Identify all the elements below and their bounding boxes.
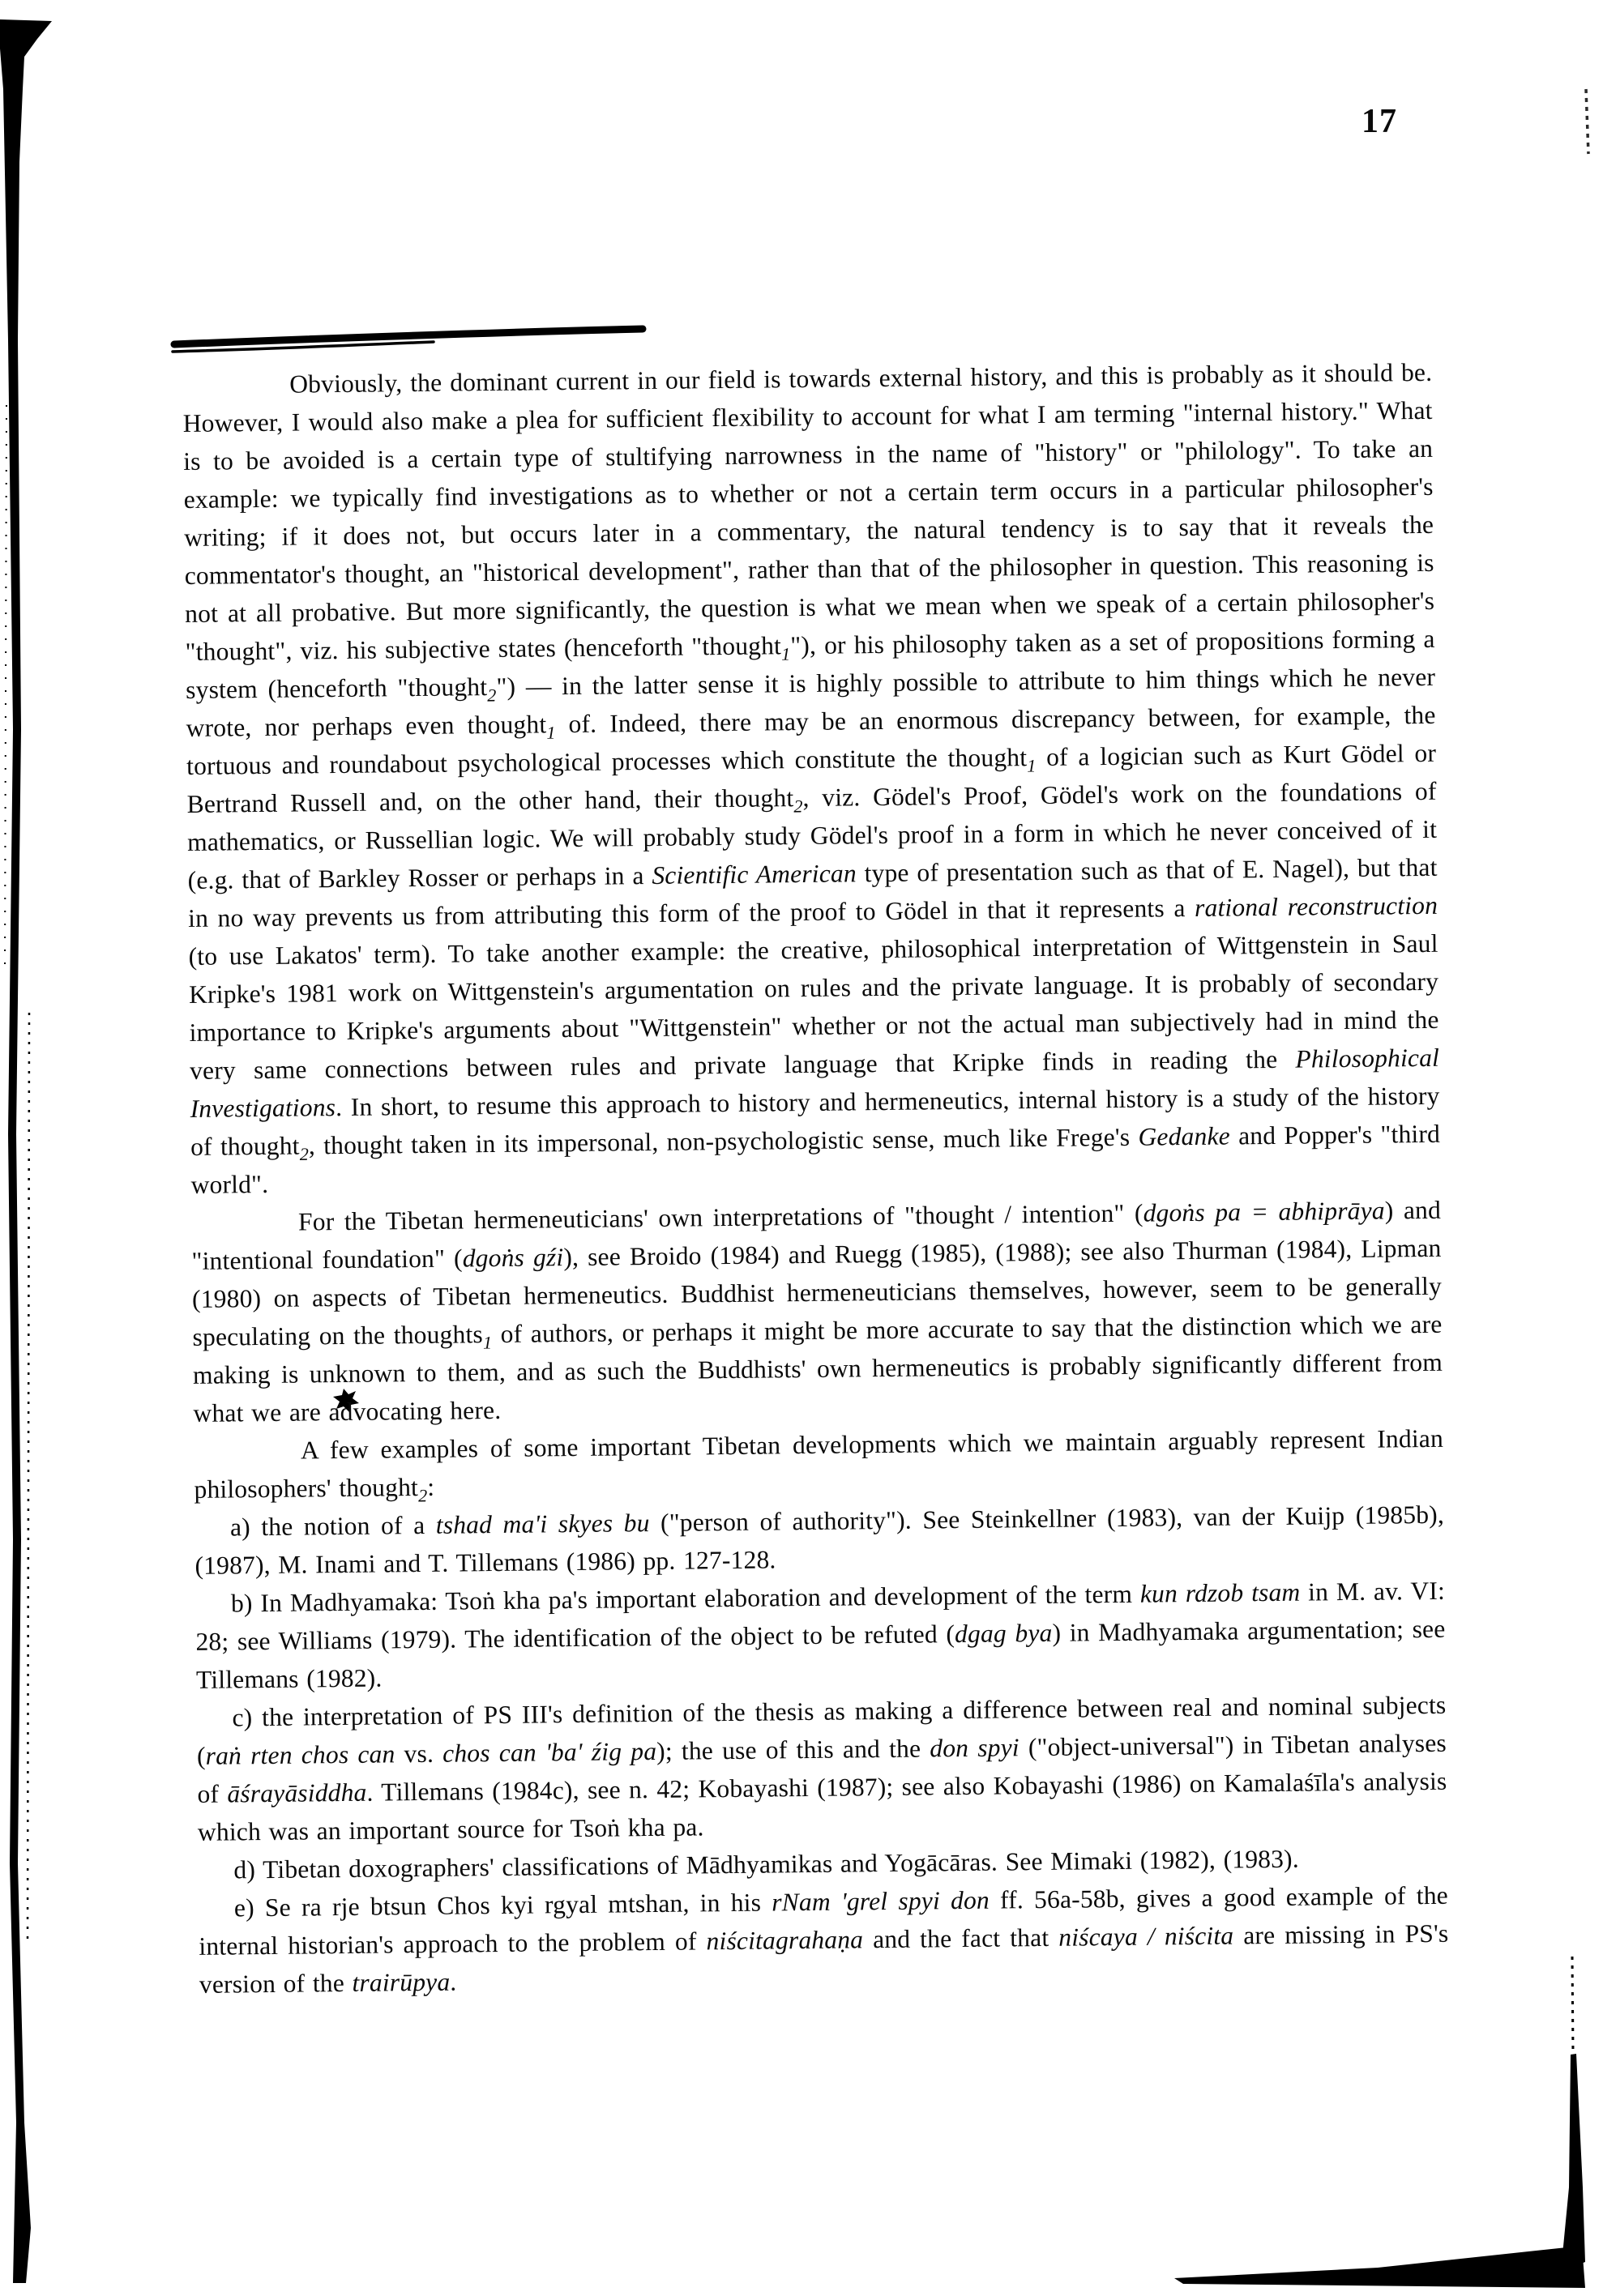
italic-term: raṅ rten chos can [205, 1739, 395, 1769]
italic-term: āśrayāsiddha [227, 1778, 367, 1808]
scan-artifact-right-streak [1561, 2054, 1585, 2272]
item-c: c) the interpretation of PS III's defini… [196, 1686, 1447, 1851]
scan-artifact-bottom-bar [1174, 2246, 1585, 2288]
italic-term: trairūpya [352, 1968, 450, 1997]
subscript-index: 2 [418, 1485, 427, 1505]
text-run: Obviously, the dominant current in our f… [183, 358, 1435, 666]
text-block: Obviously, the dominant current in our f… [182, 353, 1449, 2004]
text-run: and the fact that [863, 1923, 1059, 1954]
italic-term: chos can 'ba' źig pa [442, 1737, 656, 1768]
paragraph-examples-intro: A few examples of some important Tibetan… [194, 1419, 1444, 1509]
paragraph-tibetan-hermeneuticians: For the Tibetan hermeneuticians' own int… [191, 1191, 1443, 1432]
text-run: d) Tibetan doxographers' classifications… [233, 1845, 1299, 1884]
italic-term: rNam 'grel spyi don [772, 1886, 990, 1917]
italic-term: tshad ma'i skyes bu [436, 1509, 650, 1539]
paragraph-internal-history: Obviously, the dominant current in our f… [182, 353, 1441, 1204]
scan-artifact-top-right-smudge [1586, 89, 1588, 154]
italic-term: Gedanke [1138, 1122, 1230, 1151]
text-run: b) In Madhyamaka: Tsoṅ kha pa's importan… [231, 1580, 1140, 1618]
text-run: , thought taken in its impersonal, non-p… [309, 1123, 1139, 1160]
text-run: (to use Lakatos' term). To take another … [188, 929, 1438, 1085]
text-run: . [450, 1968, 456, 1996]
italic-term: niścaya / niścita [1058, 1922, 1233, 1952]
text-run: : [427, 1473, 434, 1501]
subscript-index: 2 [793, 796, 802, 816]
italic-term: dgoṅs gźi [463, 1243, 564, 1272]
subscript-index: 1 [483, 1333, 492, 1353]
subscript-index: 2 [300, 1144, 309, 1164]
scanned-page: { "document": { "page_number": "17", "pa… [0, 0, 1603, 2296]
text-run: . Tillemans (1984c), see n. 42; Kobayash… [198, 1767, 1447, 1846]
text-run: ); the use of this and the [656, 1734, 930, 1765]
italic-term: rational reconstruction [1195, 891, 1438, 922]
italic-term: dgag bya [955, 1619, 1053, 1648]
italic-term: Scientific American [652, 859, 857, 890]
text-run: For the Tibetan hermeneuticians' own int… [298, 1199, 1143, 1236]
subscript-index: 1 [546, 723, 555, 743]
subscript-index: 1 [781, 644, 790, 664]
item-a: a) the notion of a tshad ma'i skyes bu (… [194, 1496, 1445, 1585]
subscript-index: 2 [487, 685, 496, 705]
item-b: b) In Madhyamaka: Tsoṅ kha pa's importan… [195, 1572, 1446, 1699]
subscript-index: 1 [1027, 755, 1036, 775]
hand-drawn-divider-line [166, 318, 685, 367]
italic-term: dgoṅs pa = abhiprāya [1143, 1197, 1385, 1227]
italic-term: don spyi [930, 1733, 1020, 1762]
page-number: 17 [1361, 102, 1397, 141]
item-e: e) Se ra rje btsun Chos kyi rgyal mtshan… [199, 1876, 1449, 2004]
italic-term: niścitagrahaṇa [706, 1925, 863, 1955]
text-run: e) Se ra rje btsun Chos kyi rgyal mtshan… [234, 1888, 772, 1922]
text-run: vs. [395, 1739, 442, 1769]
text-run: a) the notion of a [230, 1511, 436, 1542]
italic-term: kun rdzob tsam [1140, 1578, 1301, 1608]
text-run: A few examples of some important Tibetan… [194, 1424, 1443, 1504]
